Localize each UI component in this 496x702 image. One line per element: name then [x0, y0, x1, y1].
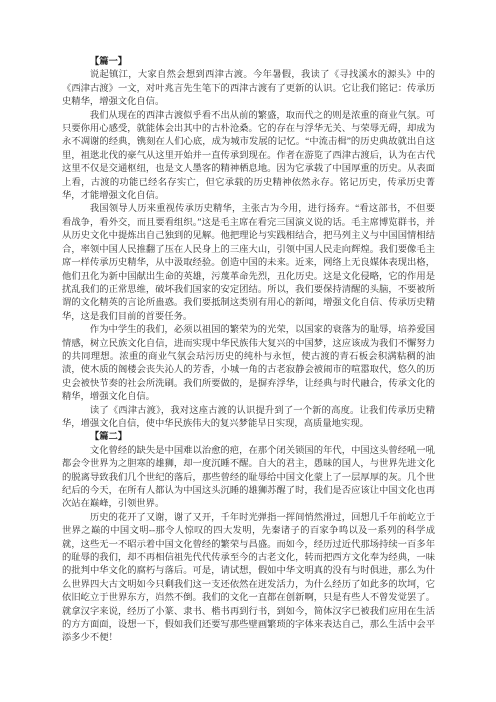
section-1-paragraph-3: 我国领导人历来重视传承历史精华，主张古为今用，进行扬弃。“看这部书，不但要看战争… [62, 203, 435, 324]
document-page: 【篇一】 说起镇江，大家自然会想到西津古渡。今年暑假，我读了《寻找溪水的源头》中… [0, 0, 496, 702]
section-1-heading: 【篇一】 [62, 56, 435, 69]
section-1-paragraph-5: 读了《西津古渡》，我对这座古渡的认识提升到了一个新的高度。让我们传承历史精华，增… [62, 405, 435, 432]
section-2-heading: 【篇二】 [62, 431, 435, 444]
section-1-paragraph-4: 作为中学生的我们，必须以祖国的繁荣为的光荣，以国家的衰落为的耻辱，培养爱国情感，… [62, 324, 435, 404]
section-1-paragraph-1: 说起镇江，大家自然会想到西津古渡。今年暑假，我读了《寻找溪水的源头》中的《西津古… [62, 69, 435, 109]
section-1-paragraph-2: 我们从现在的西津古渡似乎看不出从前的繁盛，取而代之的则是浓重的商业气氛。可只要你… [62, 110, 435, 204]
section-2-paragraph-1: 文化曾经的缺失是中国难以治愈的疤，在那个闭关锁国的年代，中国这头曾经吼一吼都会令… [62, 445, 435, 512]
section-2-paragraph-2: 历史的花开了又谢，谢了又开，千年时光弹指一挥间悄然滑过，回想几千年前屹立于世界之… [62, 512, 435, 646]
